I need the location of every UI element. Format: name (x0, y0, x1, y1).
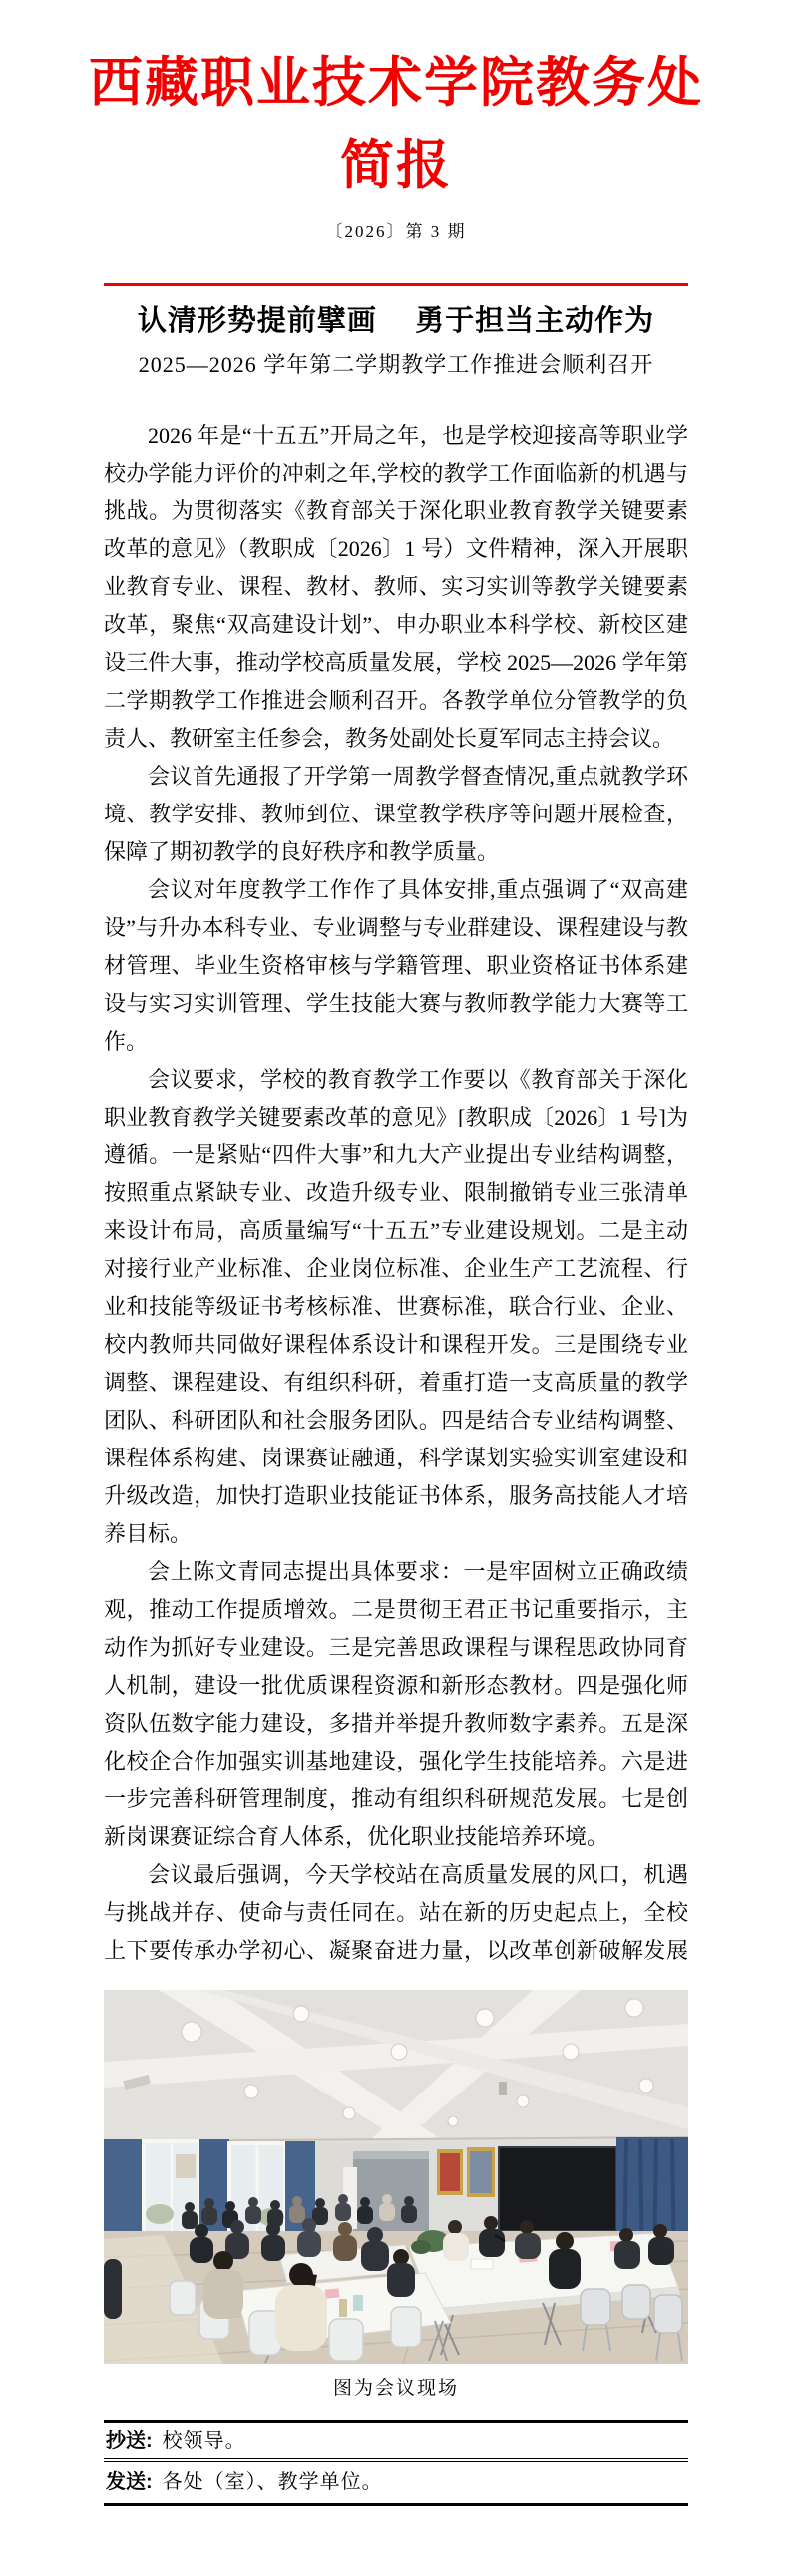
distribution-footer: 抄送:校领导。 发送:各处（室）、教学单位。 (104, 2420, 688, 2506)
footer-row-label: 抄送: (106, 2430, 153, 2452)
article-subheadline: 2025—2026 学年第二学期教学工作推进会顺利召开 (0, 350, 792, 380)
body-paragraph: 2026 年是“十五五”开局之年，也是学校迎接高等职业学校办学能力评价的冲刺之年… (104, 417, 688, 758)
footer-row-value: 各处（室）、教学单位。 (163, 2471, 383, 2493)
masthead-title-line1: 西藏职业技术学院教务处 (0, 42, 792, 125)
body-paragraph: 会议要求，学校的教育教学工作要以《教育部关于深化职业教育教学关键要素改革的意见》… (104, 1061, 688, 1553)
meeting-photo (104, 1990, 688, 2364)
body-paragraph: 会上陈文青同志提出具体要求：一是牢固树立正确政绩观，推动工作提质增效。二是贯彻王… (104, 1553, 688, 1856)
footer-row-value: 校领导。 (163, 2430, 246, 2452)
photo-caption: 图为会议现场 (0, 2376, 792, 2402)
masthead-divider-rule (104, 283, 688, 286)
bulletin-page: 西藏职业技术学院教务处 简报 〔2026〕第 3 期 认清形势提前擘画 勇于担当… (0, 0, 792, 2576)
article-body: 2026 年是“十五五”开局之年，也是学校迎接高等职业学校办学能力评价的冲刺之年… (104, 417, 688, 1972)
footer-row: 发送:各处（室）、教学单位。 (104, 2462, 688, 2506)
footer-row-label: 发送: (106, 2471, 153, 2493)
masthead: 西藏职业技术学院教务处 简报 (0, 0, 792, 207)
body-paragraph: 会议首先通报了开学第一周教学督查情况,重点就教学环境、教学安排、教师到位、课堂教… (104, 758, 688, 871)
body-paragraph: 会议对年度教学工作作了具体安排,重点强调了“双高建设”与升办本科专业、专业调整与… (104, 871, 688, 1061)
meeting-photo-illustration (104, 1990, 688, 2364)
issue-number: 〔2026〕第 3 期 (0, 220, 792, 244)
body-paragraph: 会议最后强调，今天学校站在高质量发展的风口，机遇与挑战并存、使命与责任同在。站在… (104, 1856, 688, 1972)
masthead-title-line2: 简报 (0, 125, 792, 207)
footer-row: 抄送:校领导。 (104, 2423, 688, 2462)
article-headline: 认清形势提前擘画 勇于担当主动作为 (0, 303, 792, 339)
